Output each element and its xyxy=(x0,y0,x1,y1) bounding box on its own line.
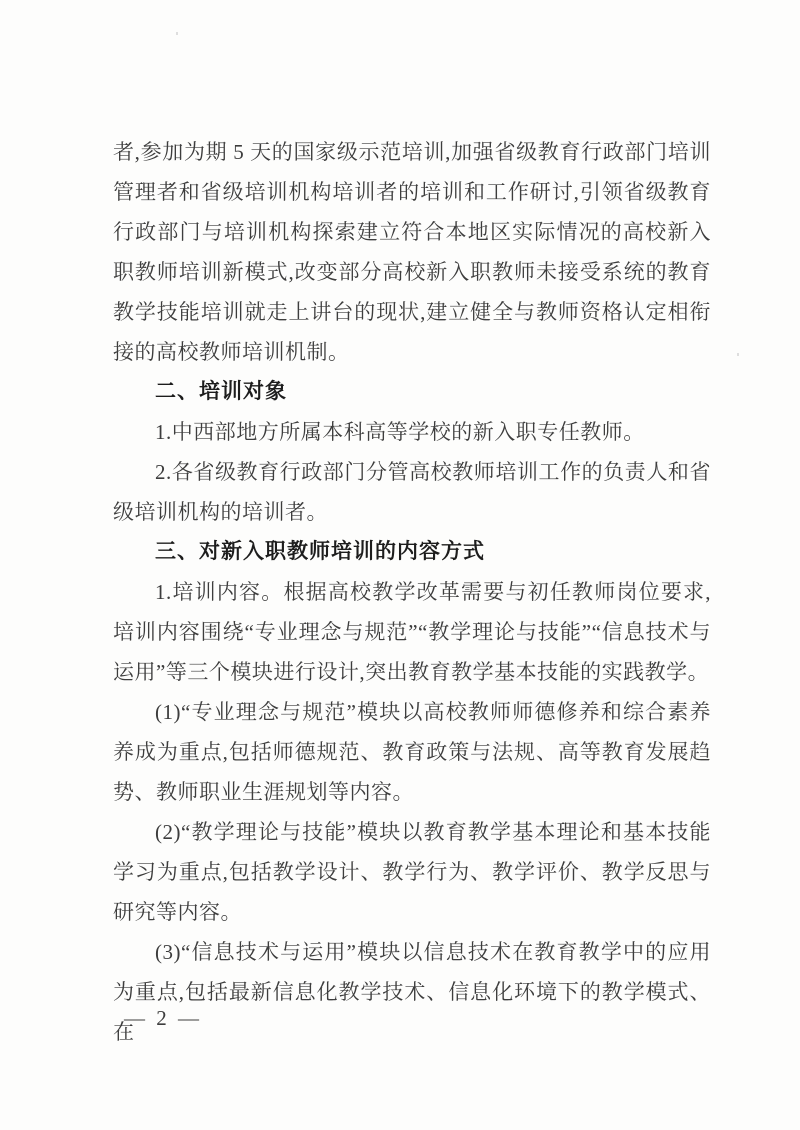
paragraph-module-2: (2)“教学理论与技能”模块以教育教学基本理论和基本技能学习为重点,包括教学设计… xyxy=(113,812,711,932)
scan-speckle xyxy=(176,32,178,35)
paragraph-module-3: (3)“信息技术与运用”模块以信息技术在教育教学中的应用为重点,包括最新信息化教… xyxy=(113,932,711,1052)
paragraph-target-item-2: 2.各省级教育行政部门分管高校教师培训工作的负责人和省级培训机构的培训者。 xyxy=(113,452,711,532)
section-heading-training-target: 二、培训对象 xyxy=(113,372,711,412)
page-number: — 2 — xyxy=(124,1003,202,1033)
scan-speckle xyxy=(601,223,603,226)
document-page: 者,参加为期 5 天的国家级示范培训,加强省级教育行政部门培训管理者和省级培训机… xyxy=(0,0,800,1130)
paragraph-module-1: (1)“专业理念与规范”模块以高校教师师德修养和综合素养养成为重点,包括师德规范… xyxy=(113,692,711,812)
paragraph-target-item-1: 1.中西部地方所属本科高等学校的新入职专任教师。 xyxy=(113,412,711,452)
document-body: 者,参加为期 5 天的国家级示范培训,加强省级教育行政部门培训管理者和省级培训机… xyxy=(113,132,711,1052)
paragraph-continuation: 者,参加为期 5 天的国家级示范培训,加强省级教育行政部门培训管理者和省级培训机… xyxy=(113,132,711,372)
scan-speckle xyxy=(737,353,739,356)
paragraph-content-overview: 1.培训内容。根据高校教学改革需要与初任教师岗位要求,培训内容围绕“专业理念与规… xyxy=(113,572,711,692)
section-heading-training-content: 三、对新入职教师培训的内容方式 xyxy=(113,532,711,572)
